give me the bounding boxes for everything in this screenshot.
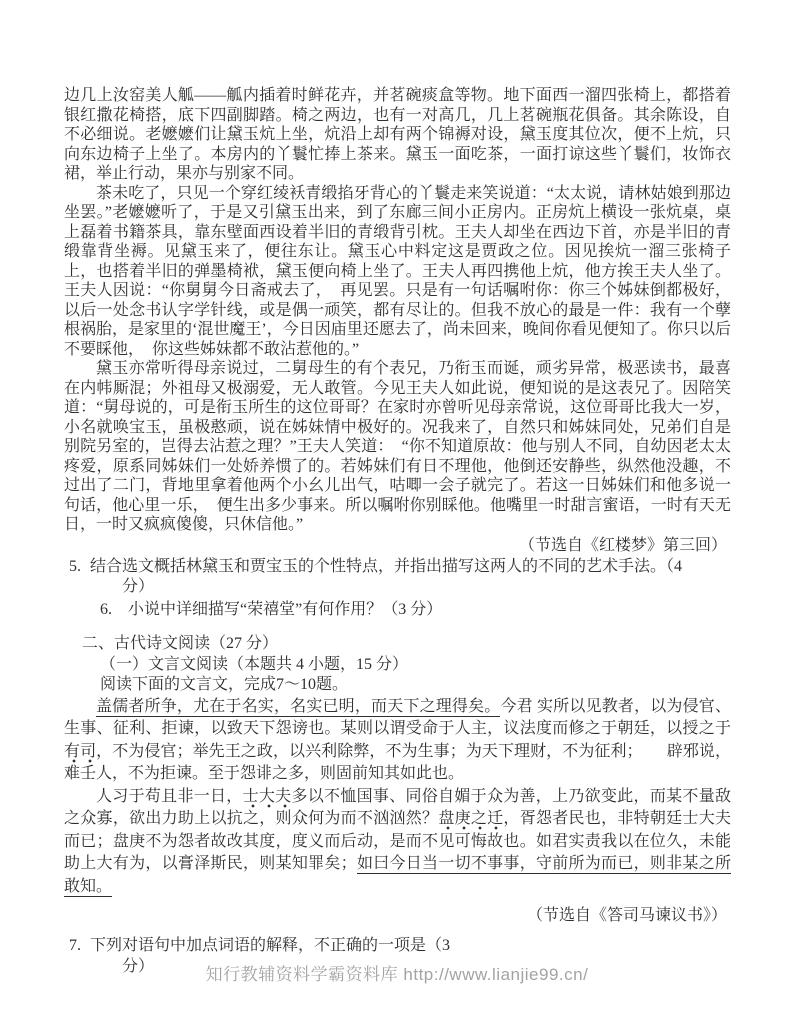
question-5-line-1: 结合选文概括林黛玉和贾宝玉的个性特点，并指出描写这两人的不同的艺术手法。（4 (90, 557, 731, 578)
underlined-sentence: 盖儒者所争，尤在于名实，名实已明，而天下之理得矣。 (96, 698, 500, 717)
question-6-number: 6. (100, 600, 128, 621)
footer-watermark: 知行教辅资料学霸资料库 http://www.lianjie99.cn/ (0, 960, 794, 985)
classical-paragraph-2: 人习于苟且非一日，士大夫多以不恤国事、同俗自媚于众为善，上乃欲变此，而某不量敌之… (64, 786, 731, 899)
dotted-term-shidafu: 士大夫 (243, 788, 292, 808)
novel-paragraph-2: 茶未吃了，只见一个穿红绫袄青缎掐牙背心的丫鬟走来笑说道：“太太说，请林姑娘到那边… (64, 184, 731, 360)
classical-source-attribution: （节选自《答司马谏议书》） (64, 905, 731, 926)
classical-paragraph-1: 盖儒者所争，尤在于名实，名实已明，而天下之理得矣。今君 实所以见教者，以为侵官、… (64, 696, 731, 786)
dotted-term-pangengzhiqian: 盘庚之迁 (438, 810, 503, 830)
classical-text: 人习于苟且非一日， (96, 788, 243, 805)
novel-source-attribution: （节选自《红楼梦》第三回） (64, 535, 731, 556)
reading-instruction: 阅读下面的文言文，完成7～10题。 (64, 675, 731, 696)
classical-passage: 盖儒者所争，尤在于名实，名实已明，而天下之理得矣。今君 实所以见教者，以为侵官、… (64, 696, 731, 899)
novel-paragraph-1: 边几上汝窑美人觚——觚内插着时鲜花卉，并茗碗痰盒等物。地下面西一溜四张椅上，都搭… (64, 86, 731, 184)
question-5-number: 5. (64, 557, 90, 598)
novel-passage: 边几上汝窑美人觚——觚内插着时鲜花卉，并茗碗痰盒等物。地下面西一溜四张椅上，都搭… (64, 86, 731, 535)
question-5: 5. 结合选文概括林黛玉和贾宝玉的个性特点，并指出描写这两人的不同的艺术手法。（… (64, 557, 731, 598)
question-6: 6. 小说中详细描写“荣禧堂”有何作用？（3 分） (100, 600, 731, 621)
question-7-line-1: 下列对语句中加点词语的解释，不正确的一项是（3 (90, 936, 731, 957)
question-5-line-2: 分） (90, 577, 731, 598)
question-5-text: 结合选文概括林黛玉和贾宝玉的个性特点，并指出描写这两人的不同的艺术手法。（4 分… (90, 557, 731, 598)
section-heading: 二、古代诗文阅读（27 分） (64, 634, 731, 655)
question-6-text: 小说中详细描写“荣禧堂”有何作用？（3 分） (128, 600, 442, 621)
classical-text: ，不为侵官；举先王之政，以兴利除弊，不为生事；为天下理财，不为征利； 辟邪说，难… (64, 743, 731, 783)
subsection-heading: （一）文言文阅读（本题共 4 小题，15 分） (64, 655, 731, 676)
page-document: 边几上汝窑美人觚——觚内插着时鲜花卉，并茗碗痰盒等物。地下面西一溜四张椅上，都搭… (64, 86, 731, 977)
novel-paragraph-3: 黛玉亦常听得母亲说过，二舅母生的有个表兄，乃衔玉而诞，顽劣异常，极恶读书，最喜在… (64, 359, 731, 535)
dotted-term-yousi: 有司 (64, 743, 96, 763)
